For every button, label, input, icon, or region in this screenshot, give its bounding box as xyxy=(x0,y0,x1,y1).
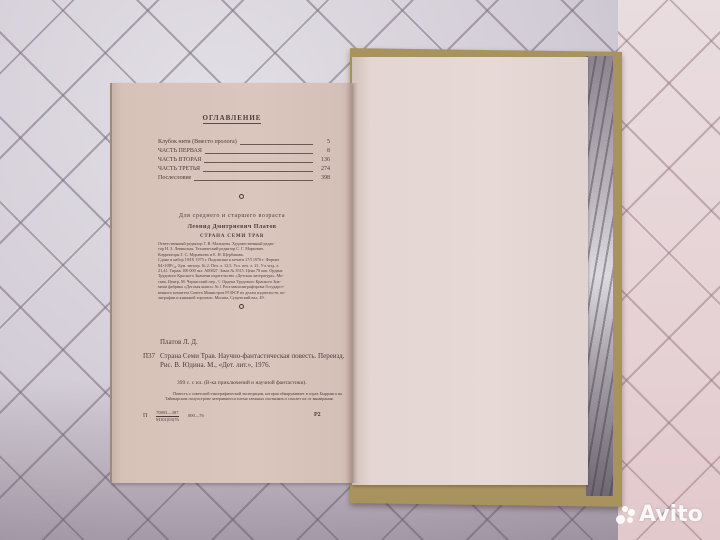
right-page-blank xyxy=(352,57,588,485)
toc-leader-line xyxy=(194,180,313,181)
catalog-author: Платов Л. Д. xyxy=(160,338,198,346)
toc-page-number: 5 xyxy=(316,138,330,147)
toc-leader-line xyxy=(240,144,313,145)
ornament-icon xyxy=(239,194,244,199)
toc-row: ЧАСТЬ ВТОРАЯ 136 xyxy=(158,156,330,165)
toc-row: ЧАСТЬ ТРЕТЬЯ 274 xyxy=(158,165,330,174)
toc-row: Клубок нити (Вместо пролога) 5 xyxy=(158,138,330,147)
avito-logo-icon xyxy=(616,506,636,524)
toc-page-number: 8 xyxy=(316,147,330,156)
ornament-icon xyxy=(239,304,244,309)
toc-page-number: 398 xyxy=(316,174,330,183)
imprint-line: лиграфии и книжной торговли. Москва, Сущ… xyxy=(158,295,336,300)
catalog-description: Страна Семи Трав. Научно-фантастическая … xyxy=(160,352,345,369)
toc-label: ЧАСТЬ ТРЕТЬЯ xyxy=(158,165,200,174)
toc-page-number: 136 xyxy=(316,156,330,165)
author-full-name: Леонид Дмитриевич Платов xyxy=(112,224,352,230)
toc-leader-line xyxy=(203,171,313,172)
book-gutter xyxy=(346,83,358,483)
endpaper-illustration xyxy=(586,56,613,496)
toc-label: Послесловие xyxy=(158,174,191,183)
toc-label: Клубок нити (Вместо пролога) xyxy=(158,138,237,147)
catalog-fraction: 70803—387 М101(03)76 xyxy=(156,410,179,423)
book-title: СТРАНА СЕМИ ТРАВ xyxy=(112,234,352,239)
avito-watermark-text: Avito xyxy=(639,502,703,527)
toc-leader-line xyxy=(205,153,313,154)
toc-heading: ОГЛАВЛЕНИЕ xyxy=(112,114,352,122)
audience-note: Для среднего и старшего возраста xyxy=(112,213,352,219)
catalog-pages: 399 с. с ил. (В-ка приключений и научной… xyxy=(177,380,307,386)
table-of-contents: Клубок нити (Вместо пролога) 5 ЧАСТЬ ПЕР… xyxy=(158,138,330,183)
catalog-classification: Р2 xyxy=(314,412,321,418)
quilted-bedspread-right xyxy=(618,0,720,540)
toc-page-number: 274 xyxy=(316,165,330,174)
catalog-fraction-suffix: 000—76 xyxy=(188,413,204,418)
toc-row: Послесловие 398 xyxy=(158,174,330,183)
toc-label: ЧАСТЬ ПЕРВАЯ xyxy=(158,147,202,156)
catalog-annotation: Повесть о советской этнографической эксп… xyxy=(165,391,345,401)
toc-leader-line xyxy=(204,162,313,163)
imprint-text: Ответственный редактор Г. В. Мальцева. Х… xyxy=(158,241,336,300)
toc-heading-text: ОГЛАВЛЕНИЕ xyxy=(203,114,262,124)
toc-label: ЧАСТЬ ВТОРАЯ xyxy=(158,156,201,165)
avito-watermark: Avito xyxy=(616,502,703,527)
catalog-code: П37 xyxy=(143,352,155,360)
fraction-denominator: М101(03)76 xyxy=(156,417,179,423)
fraction-numerator: 70803—387 xyxy=(156,410,179,417)
catalog-p-letter: П xyxy=(143,413,147,419)
toc-row: ЧАСТЬ ПЕРВАЯ 8 xyxy=(158,147,330,156)
